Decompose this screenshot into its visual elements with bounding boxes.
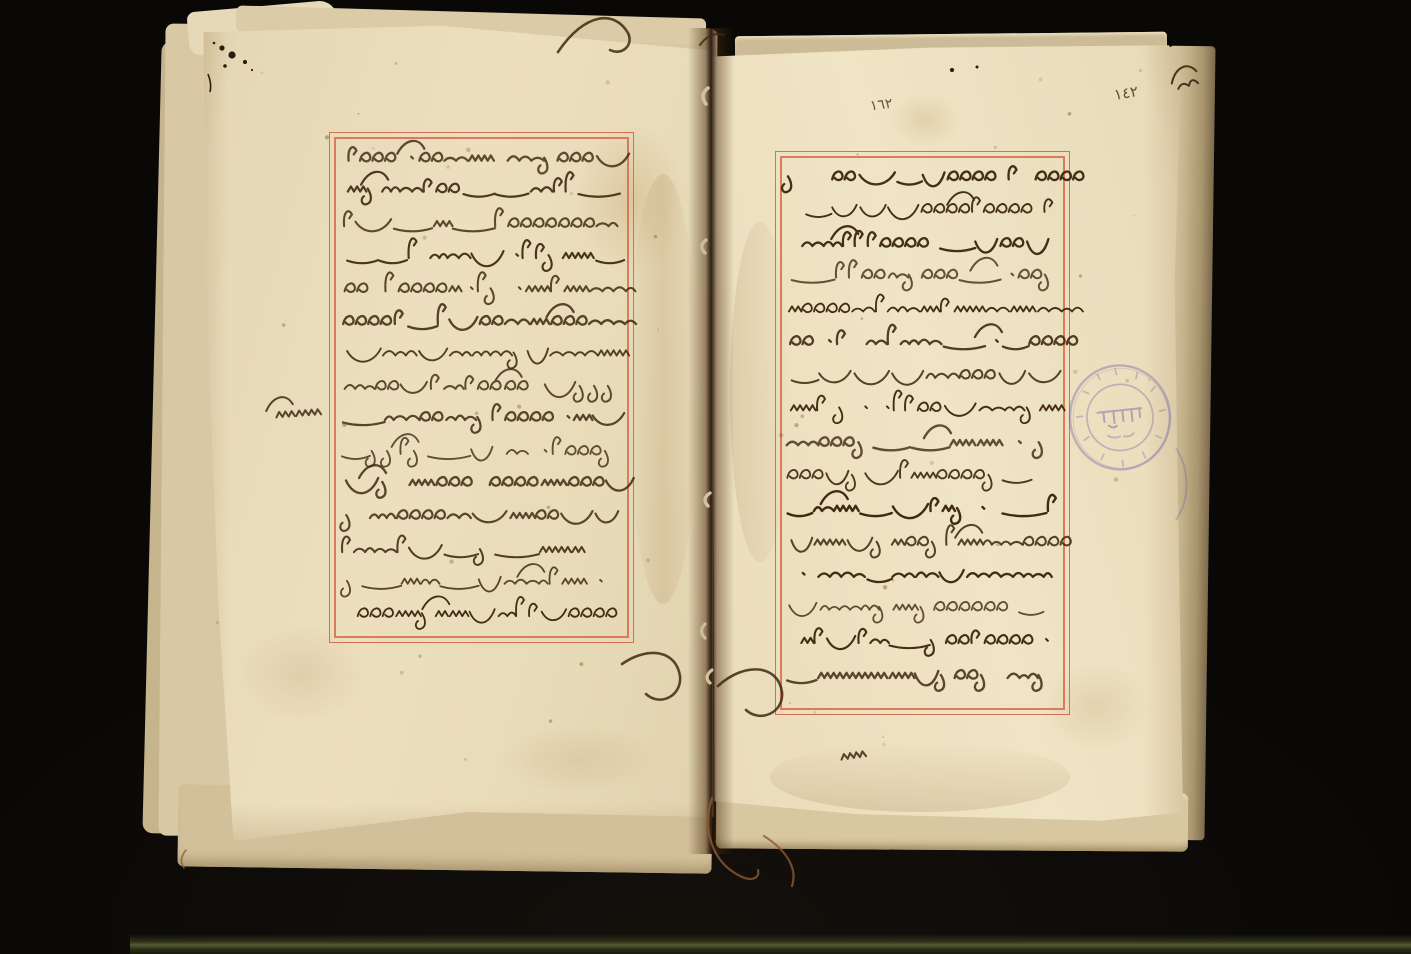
stamp-outer-circle <box>1065 360 1175 474</box>
stain <box>770 742 1070 812</box>
stamp-inner-circle <box>1084 381 1157 454</box>
library-stamp <box>1056 346 1193 488</box>
stamp-center-text-marks <box>1097 408 1144 439</box>
stain <box>498 724 658 794</box>
manuscript-photo: ١٤٢ ١٦٢ <box>0 0 1411 954</box>
stain <box>890 92 960 148</box>
sewing-threads <box>688 28 734 854</box>
left-page-script <box>339 142 622 631</box>
right-page-script <box>783 159 1060 707</box>
table-edge-strip <box>130 934 1411 954</box>
margin-note-script <box>272 392 329 430</box>
folio-number-top-center: ١٦٢ <box>869 96 893 115</box>
folio-number-top-corner: ١٤٢ <box>1113 82 1140 104</box>
